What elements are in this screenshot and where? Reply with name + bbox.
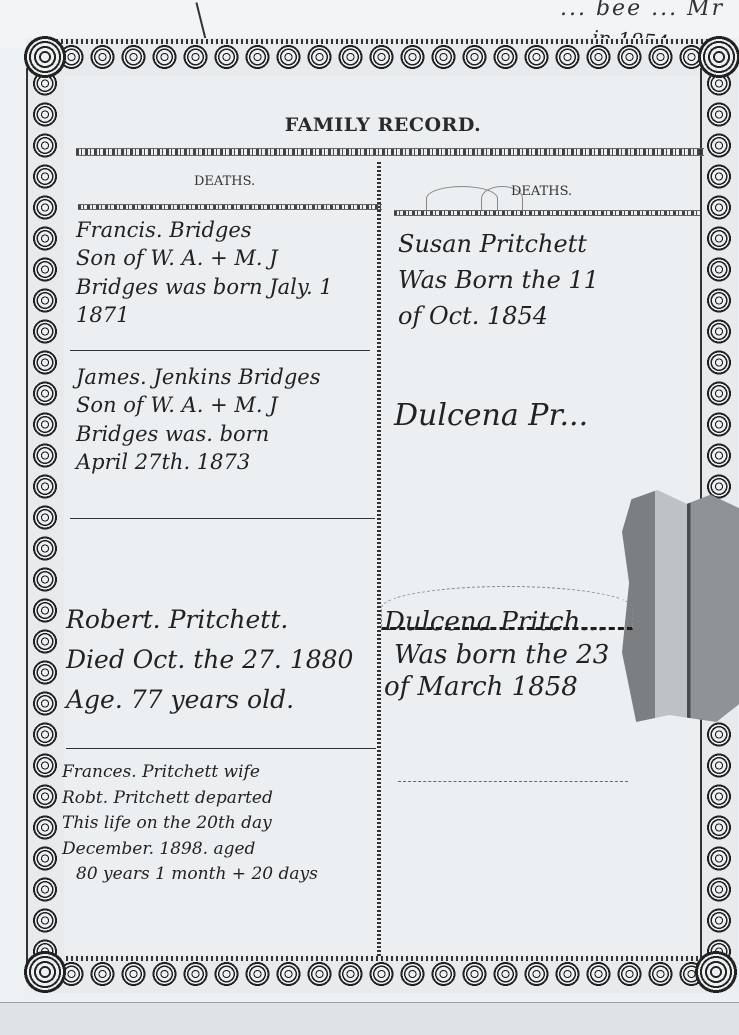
ornamental-border-left [26,68,64,968]
corner-rosette-icon [23,35,67,79]
entry-line: of Oct. 1854 [398,298,599,334]
entry-line: 80 years 1 month + 20 days [62,862,318,888]
death-entry: Robert. Pritchett. Died Oct. the 27. 188… [66,600,353,720]
entry-line: Was Born the 11 [398,262,599,298]
corner-rosette-icon [694,950,738,994]
page-title: FAMILY RECORD. [66,114,700,136]
column-divider [377,162,381,957]
corner-rosette-icon [697,35,739,79]
entry-line: Bridges was. born [76,420,320,448]
entry-line: Was born the 23 [384,639,609,672]
entry-line: Susan Pritchett [398,226,599,262]
entry-line: Son of W. A. + M. J [76,244,333,272]
death-entry: Dulcena Pritch... Was born the 23 of Mar… [384,606,609,704]
ornamental-rule [76,148,704,156]
ornamental-border-bottom [56,955,716,993]
entry-line: Son of W. A. + M. J [76,391,320,419]
death-entry: James. Jenkins Bridges Son of W. A. + M.… [76,363,320,476]
corner-rosette-icon [23,950,67,994]
entry-line: Robert. Pritchett. [66,600,353,640]
ornamental-rule [394,210,700,216]
entry-line: 1871 [76,301,333,329]
family-record-page: FAMILY RECORD. DEATHS. Francis. Bridges … [26,38,738,993]
entry-line: Age. 77 years old. [66,680,353,720]
entry-line: Robt. Pritchett departed [62,786,318,812]
death-entry: Frances. Pritchett wife Robt. Pritchett … [62,760,318,888]
entry-line: Francis. Bridges [76,216,333,244]
handwritten-separator [66,748,376,749]
death-entry: Susan Pritchett Was Born the 11 of Oct. … [398,226,599,334]
top-fragment-text: ... bee ... Mr [560,0,724,21]
death-entry: Francis. Bridges Son of W. A. + M. J Bri… [76,216,333,329]
entry-line: of March 1858 [384,671,609,704]
entry-line: Frances. Pritchett wife [62,760,318,786]
decorative-scroll [398,780,628,782]
entry-line: Bridges was born Jaly. 1 [76,273,333,301]
handwritten-separator [70,518,375,519]
entry-line: April 27th. 1873 [76,448,320,476]
torn-paper-edge [195,0,222,42]
death-entry: Dulcena Pr... [394,396,588,437]
handwritten-separator [70,350,370,351]
scanner-bed-edge [0,1002,739,1035]
entry-line: Dulcena Pr... [394,396,588,437]
entry-line: Dulcena Pritch... [384,606,609,639]
right-column-heading: DEATHS. [511,184,572,199]
entry-line: Died Oct. the 27. 1880 [66,640,353,680]
entry-line: James. Jenkins Bridges [76,363,320,391]
torn-damaged-area [622,490,739,722]
entry-line: December. 1898. aged [62,837,318,863]
ornamental-rule [78,204,382,210]
entry-line: This life on the 20th day [62,811,318,837]
left-column-heading: DEATHS. [194,174,255,189]
ornamental-border-top [56,38,716,76]
